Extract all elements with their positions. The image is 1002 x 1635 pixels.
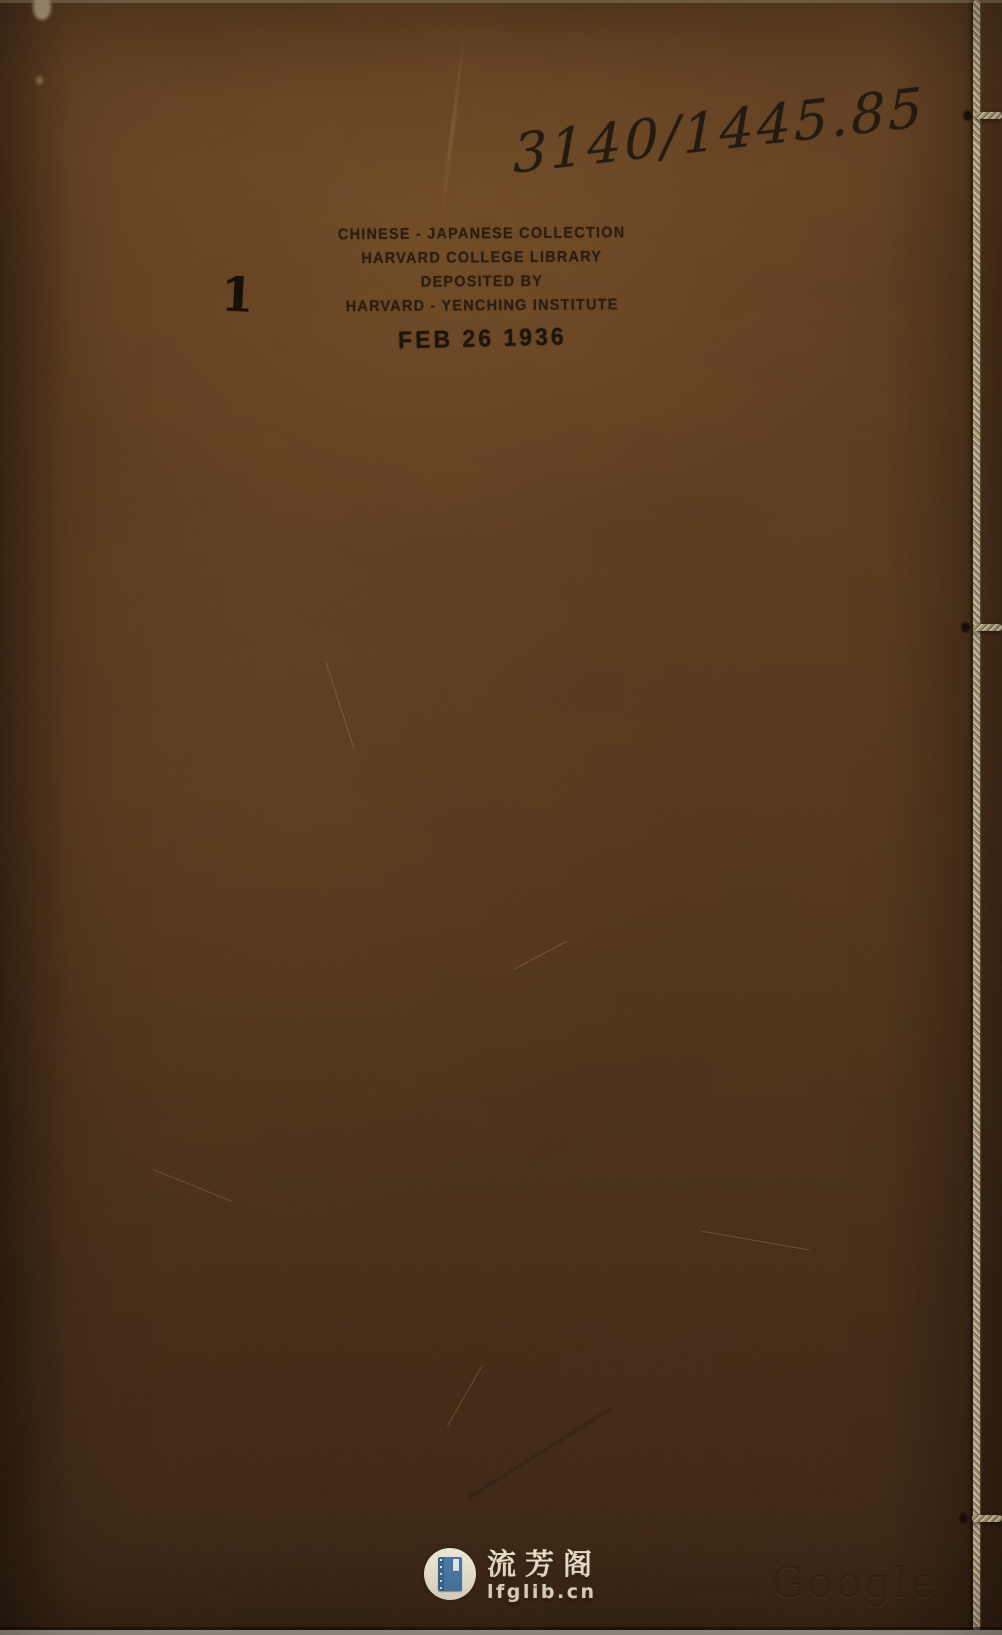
binding-stitch	[972, 1515, 1002, 1522]
thread-bound-book-icon	[438, 1557, 462, 1591]
book-title-label	[453, 1559, 459, 1571]
paper-crease	[440, 29, 466, 223]
library-stamp: CHINESE - JAPANESE COLLECTION HARVARD CO…	[334, 221, 631, 353]
stitch-hole	[960, 621, 971, 634]
paper-speck	[36, 76, 43, 85]
stitch-hole	[962, 109, 973, 122]
paper-fiber	[701, 1230, 810, 1250]
paper-crease	[467, 1407, 612, 1499]
book-cover-scan: 3140/1445.85 1 CHINESE - JAPANESE COLLEC…	[0, 0, 1002, 1635]
copy-number-stamp: 1	[220, 267, 256, 324]
lfglib-logo	[424, 1548, 476, 1600]
date-stamp: FEB 26 1936	[334, 321, 631, 357]
google-watermark: Digitized by Google	[672, 1558, 938, 1607]
digitized-by-text: Digitized by	[672, 1586, 763, 1601]
lfglib-domain: lfglib.cn	[487, 1581, 601, 1603]
lfglib-name-cn: 流芳阁	[487, 1548, 601, 1580]
stitch-hole	[958, 1512, 969, 1525]
paper-fiber	[326, 663, 355, 749]
scan-edge-bottom	[0, 1630, 1002, 1635]
scan-edge-top	[0, 0, 1002, 3]
binding-stitch	[974, 624, 1002, 631]
binding-stitch	[976, 112, 1002, 119]
google-logo-text: Google	[771, 1558, 938, 1607]
paper-fiber	[513, 941, 566, 970]
paper-fiber	[153, 1169, 232, 1202]
lfglib-text: 流芳阁 lfglib.cn	[487, 1548, 601, 1603]
paper-fiber	[447, 1365, 483, 1426]
lfglib-watermark: 流芳阁 lfglib.cn	[424, 1548, 601, 1603]
call-number-handwriting: 3140/1445.85	[513, 85, 841, 186]
stamp-line-institute: HARVARD - YENCHING INSTITUTE	[334, 292, 630, 320]
paper-chip	[33, 0, 51, 20]
binding-thread-vertical	[973, 0, 980, 1635]
